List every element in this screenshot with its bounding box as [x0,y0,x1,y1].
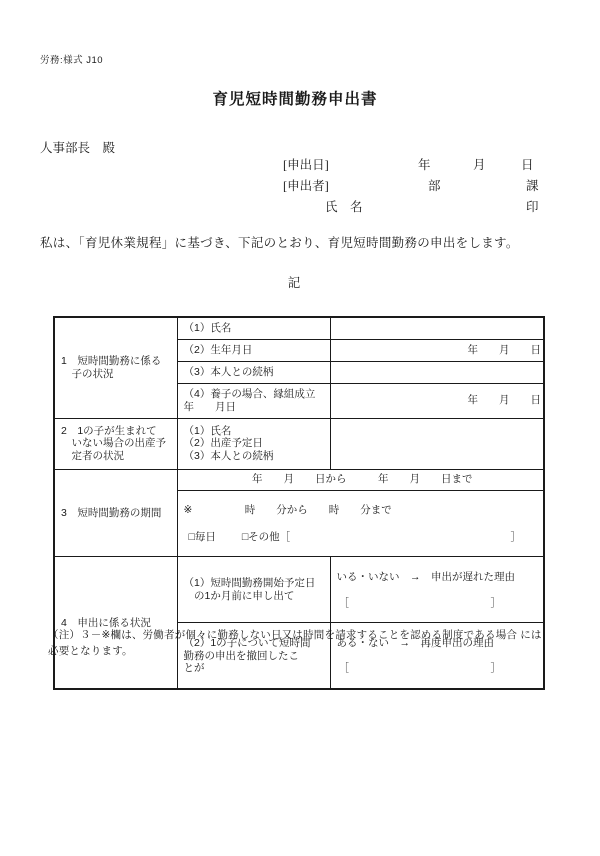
bracket-open: ［ [339,597,350,609]
addressee-label: 人事部長 殿 [40,138,115,156]
answer-line: いる・いない → 申出が遅れた理由 [337,571,542,583]
submit-name-label: 氏 名 [325,197,363,215]
section1-item-adoption-date: （4）養子の場合、縁組成立 年 月日 [177,383,330,418]
section3-options-line: □毎日 □その他［ ］ [184,531,542,543]
section1-value-adoption-date: 年 月 日 [330,383,544,418]
submit-date-day-label: 日 [521,155,534,173]
section1-item-relationship: （3）本人との続柄 [177,361,330,383]
section3-label: 3 短時間勤務の期間 [54,469,177,557]
bracket-open: ［ [339,662,350,674]
section3-period-row: 年 月 日から 年 月 日まで [177,469,544,490]
spacer [349,597,491,609]
section4-label: 4 申出に係る状況 [54,557,177,689]
bracket-close: ］ [491,662,502,674]
section1-value-relationship [330,361,544,383]
spacer [349,662,491,674]
bracket-close: ］ [491,597,502,609]
submit-applicant-label: [申出者] [283,176,329,194]
section3-time-line: ※ 時 分から 時 分まで [184,504,542,516]
intro-sentence: 私は、「育児休業規程」に基づき、下記のとおり、育児短時間勤務の申出をします。 [40,233,519,251]
submit-section-label: 課 [526,176,539,194]
submit-dept-label: 部 [428,176,441,194]
section4-item-advance-notice: （1）短時間勤務開始予定日 の1か月前に申し出て [177,557,330,623]
submit-seal-label: 印 [526,197,539,215]
record-heading: 記 [0,273,588,291]
section2-label: 2 1の子が生まれて いない場合の出産予 定者の状況 [54,418,177,469]
reason-bracket-line: ［ ］ [337,662,542,674]
page-title: 育児短時間勤務申出書 [0,87,590,109]
submit-date-label: [申出日] [283,155,329,173]
reason-bracket-line: ［ ］ [337,597,542,609]
section1-item-name: （1）氏名 [177,317,330,339]
form-code-label: 労務:様式 J10 [40,52,103,66]
footnote-text: （注）３－※欄は、労働者が個々に勤務しない日又は時間を請求することを認める制度で… [48,627,550,660]
submission-header: [申出日] 年 月 日 [申出者] 部 課 氏 名 印 [0,155,600,221]
section4-answer-advance-notice: いる・いない → 申出が遅れた理由 ［ ］ [330,557,544,623]
submit-date-year-label: 年 [418,155,431,173]
other-checkbox-option: □その他［ [242,531,290,543]
section1-value-name [330,317,544,339]
submit-date-month-label: 月 [473,155,486,173]
daily-checkbox-option: □毎日 [189,531,216,543]
section3-time-row: ※ 時 分から 時 分まで □毎日 □その他［ ］ [177,490,544,557]
section2-items: （1）氏名 （2）出産予定日 （3）本人との続柄 [177,418,330,469]
section2-value [330,418,544,469]
section1-item-birthdate: （2）生年月日 [177,339,330,361]
section1-value-birthdate: 年 月 日 [330,339,544,361]
other-bracket-close: ］ [511,531,522,543]
section1-label: 1 短時間勤務に係る 子の状況 [54,317,177,418]
